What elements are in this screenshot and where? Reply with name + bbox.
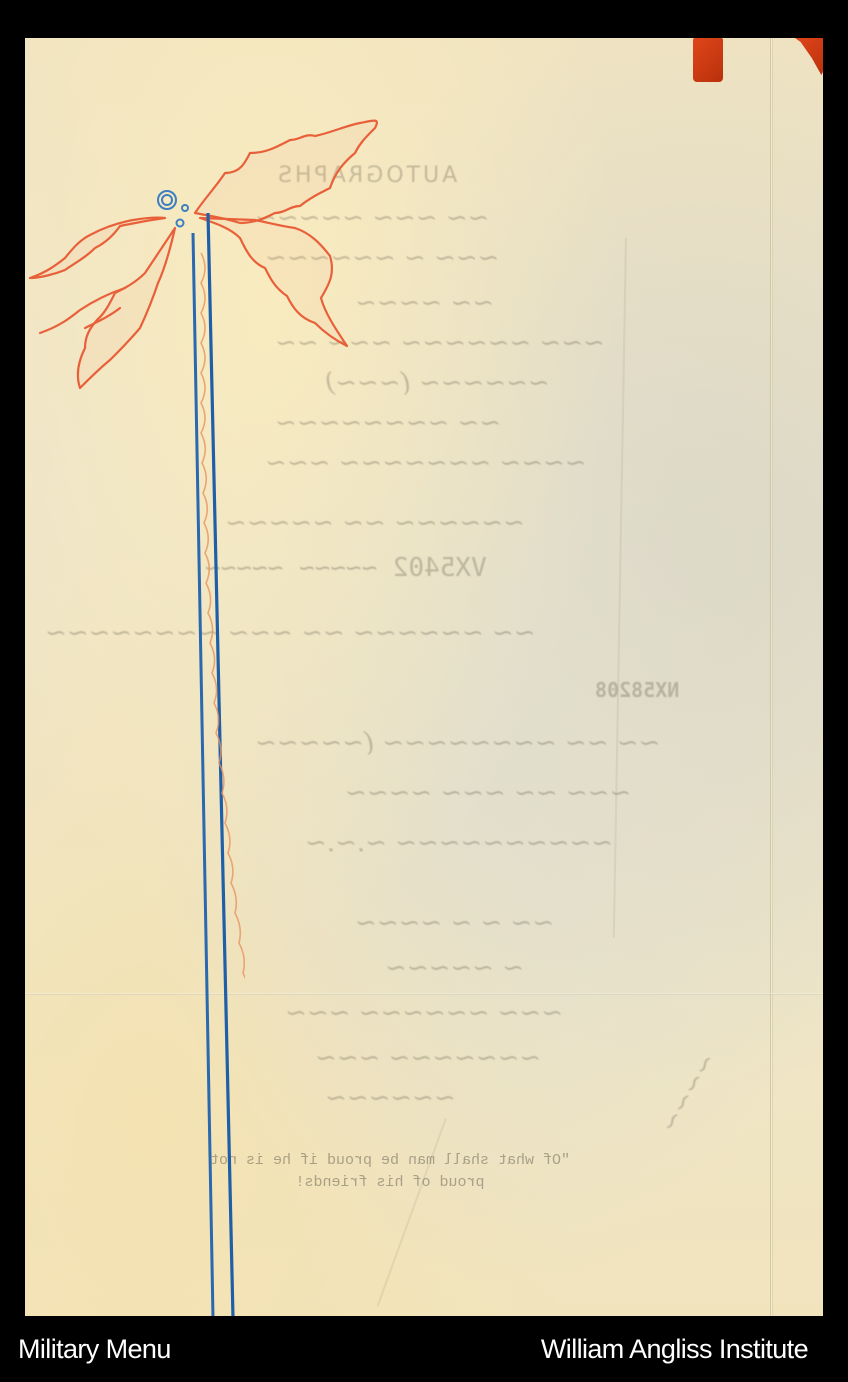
red-ribbon-tie-left — [693, 38, 723, 82]
caption-bar: Military Menu William Angliss Institute — [0, 1320, 848, 1382]
ghost-line: ~~~~~~~~~~ ~.~.~ — [305, 828, 613, 858]
ghost-line: ~~~ ~~ ~~~ ~~~~ — [345, 778, 631, 808]
ghost-service-number: NX58208 — [595, 678, 679, 702]
ghost-signature: ~~~~ — [654, 1048, 724, 1138]
ghost-line: ~~ ~ ~ ~~~~ — [355, 908, 554, 938]
vertical-fold-line — [770, 38, 773, 1316]
ghost-line: ~~~~~~ ~~ ~~~~~ — [225, 508, 525, 538]
horizontal-fold-line — [25, 993, 823, 995]
ghost-line: ~~~~ ~~~~~~~ ~~~ — [265, 448, 587, 478]
menu-paper-sheet: AUTOGRAPHS ~~ ~~~ ~~~~~ ~~~ ~ ~~~~~~ ~~ … — [25, 38, 823, 1316]
paper-crease — [613, 238, 627, 938]
image-frame: AUTOGRAPHS ~~ ~~~ ~~~~~ ~~~ ~ ~~~~~~ ~~ … — [0, 0, 848, 1382]
ghost-line: ~ ~~~~~ — [385, 953, 524, 983]
ghost-line: ~~~~~~~ ~~~ — [315, 1043, 541, 1073]
ghost-line: ~~ ~~ ~~~~~~~~ (~~~~~ — [255, 728, 660, 758]
caption-source: William Angliss Institute — [541, 1334, 808, 1365]
caption-title: Military Menu — [18, 1334, 171, 1365]
ghost-service-number: VX5402 ~~~~~ ~~~~~ — [205, 553, 487, 583]
red-ribbon-tie-right — [795, 38, 823, 78]
vertical-decorative-border-icon — [185, 213, 245, 1316]
ghost-line: ~~~ ~~~~~~ ~~~ — [285, 998, 563, 1028]
ghost-line: ~~~~~~ — [325, 1083, 456, 1113]
ghost-line: ~~ ~~~~~~ ~~ ~~~ ~~~~~~~~ — [45, 618, 536, 648]
paper-crease — [377, 1118, 447, 1307]
